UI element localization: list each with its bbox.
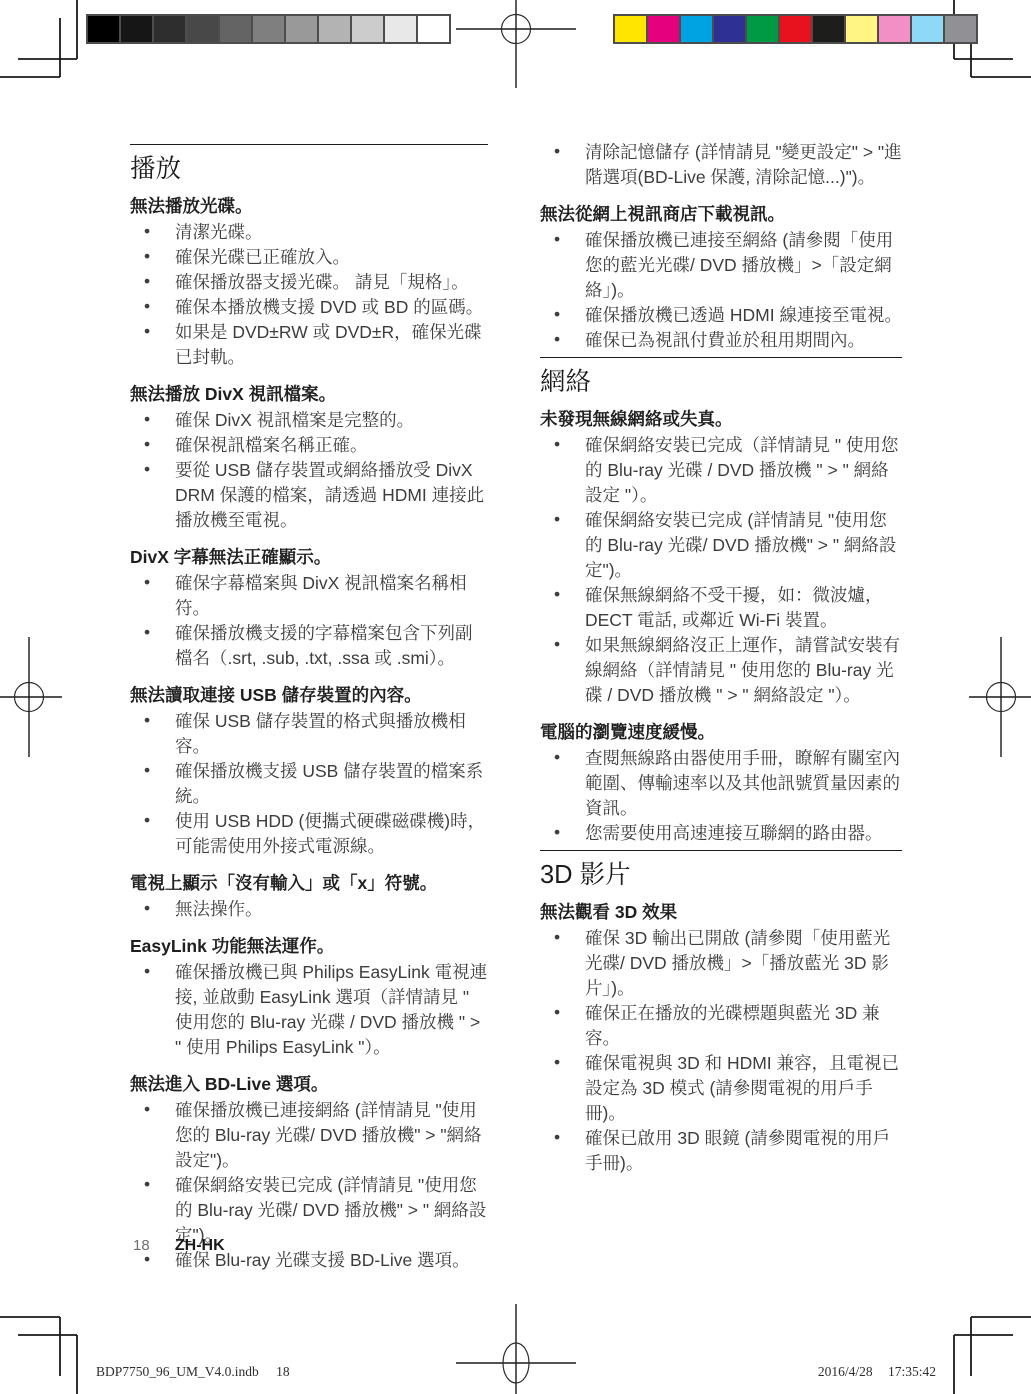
calibration-swatch	[877, 14, 912, 44]
problem-heading: EasyLink 功能無法運作。	[130, 934, 488, 959]
problem-heading: 無法播放 DivX 視訊檔案。	[130, 382, 488, 407]
bullet-marker: •	[554, 1125, 560, 1150]
bullet-marker: •	[144, 407, 150, 432]
problem-heading: 無法播放光碟。	[130, 194, 488, 219]
bullet-text: 確保播放機已與 Philips EasyLink 電視連接, 並啟動 EasyL…	[175, 962, 487, 1057]
bullet-marker: •	[144, 294, 150, 319]
chapter-heading: 網絡	[540, 357, 902, 398]
bullet-marker: •	[554, 302, 560, 327]
bullet-item: •確保 DivX 視訊檔案是完整的。	[130, 408, 488, 433]
calibration-swatch	[350, 14, 385, 44]
bullet-marker: •	[554, 745, 560, 770]
calibration-swatch	[218, 14, 253, 44]
page-footer: 18 ZH-HK	[133, 1237, 225, 1255]
problem-heading: 無法觀看 3D 效果	[540, 900, 902, 925]
slug-date: 2016/4/28	[818, 1364, 873, 1379]
calibration-swatch	[712, 14, 747, 44]
slug-time: 17:35:42	[888, 1364, 936, 1379]
problem-heading: 無法從網上視訊商店下載視訊。	[540, 202, 902, 227]
calibration-swatch	[844, 14, 879, 44]
problem-heading: 無法讀取連接 USB 儲存裝置的內容。	[130, 683, 488, 708]
bullet-text: 確保正在播放的光碟標題與藍光 3D 兼容。	[585, 1003, 880, 1048]
bullet-marker: •	[554, 139, 560, 164]
bullet-marker: •	[144, 620, 150, 645]
bullet-marker: •	[554, 1050, 560, 1075]
bullet-text: 確保電視與 3D 和 HDMI 兼容，且電視已設定為 3D 模式 (請參閱電視的…	[585, 1053, 899, 1123]
bullet-item: •您需要使用高速連接互聯網的路由器。	[540, 821, 902, 846]
bullet-item: •如果無線網絡沒正上運作，請嘗試安裝有線網絡（詳情請見 " 使用您的 Blu-r…	[540, 633, 902, 708]
calibration-swatch	[185, 14, 220, 44]
bullet-item: •確保網絡安裝已完成（詳情請見 " 使用您的 Blu-ray 光碟 / DVD …	[540, 433, 902, 508]
bullet-text: 清潔光碟。	[175, 222, 263, 242]
bullet-item: •確保無線網絡不受干擾，如：微波爐，DECT 電話, 或鄰近 Wi-Fi 裝置。	[540, 583, 902, 633]
bullet-item: •使用 USB HDD (便攜式硬碟磁碟機)時，可能需使用外接式電源線。	[130, 809, 488, 859]
registration-mark-right-center	[939, 637, 1031, 757]
bullet-item: •清除記憶儲存 (詳情請見 "變更設定" > "進階選項(BD-Live 保護,…	[540, 140, 902, 190]
bullet-item: •如果是 DVD±RW 或 DVD±R，確保光碟已封軌。	[130, 320, 488, 370]
calibration-swatch	[317, 14, 352, 44]
bullet-text: 確保播放機已連接至網絡 (請參閱「使用您的藍光光碟/ DVD 播放機」>「設定網…	[585, 230, 893, 300]
bullet-text: 清除記憶儲存 (詳情請見 "變更設定" > "進階選項(BD-Live 保護, …	[585, 142, 902, 187]
bullet-item: •確保電視與 3D 和 HDMI 兼容，且電視已設定為 3D 模式 (請參閱電視…	[540, 1051, 902, 1126]
bullet-text: 如果是 DVD±RW 或 DVD±R，確保光碟已封軌。	[175, 322, 482, 367]
calibration-swatch	[383, 14, 418, 44]
calibration-swatch	[284, 14, 319, 44]
calibration-swatch	[811, 14, 846, 44]
calibration-swatch	[646, 14, 681, 44]
bullet-marker: •	[554, 227, 560, 252]
problem-heading: DivX 字幕無法正確顯示。	[130, 545, 488, 570]
grayscale-calibration-bar	[88, 14, 451, 44]
bullet-text: 確保網絡安裝已完成 (詳情請見 "使用您的 Blu-ray 光碟/ DVD 播放…	[175, 1175, 486, 1245]
bullet-item: •確保 USB 儲存裝置的格式與播放機相容。	[130, 709, 488, 759]
bullet-item: •無法操作。	[130, 897, 488, 922]
bullet-marker: •	[144, 432, 150, 457]
calibration-swatch	[119, 14, 154, 44]
bullet-text: 確保視訊檔案名稱正確。	[175, 435, 368, 455]
bullet-marker: •	[144, 808, 150, 833]
calibration-swatch	[251, 14, 286, 44]
bullet-marker: •	[144, 269, 150, 294]
calibration-swatch	[745, 14, 780, 44]
bullet-marker: •	[144, 708, 150, 733]
trim-mark-bottom-left	[0, 1304, 90, 1394]
calibration-swatch	[679, 14, 714, 44]
registration-mark-top-center	[456, 0, 576, 90]
bullet-text: 確保光碟已正確放入。	[175, 247, 350, 267]
bullet-marker: •	[554, 582, 560, 607]
color-calibration-bar	[615, 14, 978, 44]
manual-page: 播放無法播放光碟。•清潔光碟。•確保光碟已正確放入。•確保播放器支援光碟。 請見…	[0, 0, 1031, 1394]
bullet-text: 確保 DivX 視訊檔案是完整的。	[175, 410, 414, 430]
bullet-marker: •	[144, 570, 150, 595]
calibration-swatch	[943, 14, 978, 44]
trim-mark-bottom-right	[941, 1304, 1031, 1394]
bullet-marker: •	[554, 1000, 560, 1025]
bullet-item: •確保 3D 輸出已開啟 (請參閱「使用藍光光碟/ DVD 播放機」>「播放藍光…	[540, 926, 902, 1001]
bullet-text: 確保播放器支援光碟。 請見「規格」。	[175, 272, 469, 292]
bullet-marker: •	[554, 632, 560, 657]
bullet-text: 查閱無線路由器使用手冊，瞭解有關室內範圍、傳輸速率以及其他訊號質量因素的資訊。	[585, 748, 900, 818]
bullet-text: 確保網絡安裝已完成 (詳情請見 "使用您的 Blu-ray 光碟/ DVD 播放…	[585, 510, 896, 580]
calibration-swatch	[86, 14, 121, 44]
problem-heading: 無法進入 BD-Live 選項。	[130, 1072, 488, 1097]
calibration-swatch	[613, 14, 648, 44]
bullet-marker: •	[554, 432, 560, 457]
bullet-marker: •	[144, 219, 150, 244]
bullet-item: •確保播放器支援光碟。 請見「規格」。	[130, 270, 488, 295]
bullet-item: •確保本播放機支援 DVD 或 BD 的區碼。	[130, 295, 488, 320]
bullet-item: •確保播放機支援 USB 儲存裝置的檔案系統。	[130, 759, 488, 809]
bullet-item: •確保已為視訊付費並於租用期間內。	[540, 328, 902, 353]
chapter-heading: 3D 影片	[540, 850, 902, 891]
bullet-marker: •	[554, 820, 560, 845]
calibration-swatch	[778, 14, 813, 44]
bullet-text: 使用 USB HDD (便攜式硬碟磁碟機)時，可能需使用外接式電源線。	[175, 811, 485, 856]
bullet-text: 如果無線網絡沒正上運作，請嘗試安裝有線網絡（詳情請見 " 使用您的 Blu-ra…	[585, 635, 900, 705]
bullet-text: 確保已啟用 3D 眼鏡 (請參閱電視的用戶手冊)。	[585, 1128, 890, 1173]
bullet-text: 確保播放機支援 USB 儲存裝置的檔案系統。	[175, 761, 483, 806]
bullet-text: 您需要使用高速連接互聯網的路由器。	[585, 823, 883, 843]
bullet-marker: •	[144, 896, 150, 921]
problem-heading: 未發現無線網絡或失真。	[540, 407, 902, 432]
bullet-item: •查閱無線路由器使用手冊，瞭解有關室內範圍、傳輸速率以及其他訊號質量因素的資訊。	[540, 746, 902, 821]
bullet-marker: •	[144, 1172, 150, 1197]
locale-code: ZH-HK	[175, 1237, 225, 1254]
calibration-swatch	[152, 14, 187, 44]
slug-filename-group: BDP7750_96_UM_V4.0.indb 18	[96, 1364, 290, 1380]
bullet-text: 確保播放機已透過 HDMI 線連接至電視。	[585, 305, 902, 325]
bullet-item: •確保播放機已連接網絡 (詳情請見 "使用您的 Blu-ray 光碟/ DVD …	[130, 1098, 488, 1173]
bullet-marker: •	[144, 1097, 150, 1122]
bullet-text: 要從 USB 儲存裝置或網絡播放受 DivX DRM 保護的檔案，請透過 HDM…	[175, 460, 484, 530]
bullet-marker: •	[554, 507, 560, 532]
bullet-marker: •	[144, 959, 150, 984]
right-text-column: •清除記憶儲存 (詳情請見 "變更設定" > "進階選項(BD-Live 保護,…	[540, 140, 902, 1176]
bullet-marker: •	[144, 244, 150, 269]
bullet-marker: •	[144, 758, 150, 783]
bullet-marker: •	[144, 319, 150, 344]
bullet-marker: •	[144, 457, 150, 482]
bullet-item: •確保正在播放的光碟標題與藍光 3D 兼容。	[540, 1001, 902, 1051]
bullet-marker: •	[554, 327, 560, 352]
bullet-marker: •	[554, 925, 560, 950]
calibration-swatch	[416, 14, 451, 44]
trim-mark-top-left	[0, 0, 90, 90]
slug-filename: BDP7750_96_UM_V4.0.indb	[96, 1364, 259, 1379]
problem-heading: 電視上顯示「沒有輸入」或「x」符號。	[130, 871, 488, 896]
slug-datetime-group: 2016/4/28 17:35:42	[818, 1364, 936, 1380]
bullet-item: •確保播放機已與 Philips EasyLink 電視連接, 並啟動 Easy…	[130, 960, 488, 1060]
bullet-text: 確保網絡安裝已完成（詳情請見 " 使用您的 Blu-ray 光碟 / DVD 播…	[585, 435, 898, 505]
bullet-item: •要從 USB 儲存裝置或網絡播放受 DivX DRM 保護的檔案，請透過 HD…	[130, 458, 488, 533]
registration-mark-left-center	[0, 637, 92, 757]
bullet-text: 確保字幕檔案與 DivX 視訊檔案名稱相符。	[175, 573, 467, 618]
bullet-text: 確保播放機已連接網絡 (詳情請見 "使用您的 Blu-ray 光碟/ DVD 播…	[175, 1100, 482, 1170]
bullet-text: 確保 USB 儲存裝置的格式與播放機相容。	[175, 711, 466, 756]
bullet-text: 無法操作。	[175, 899, 263, 919]
chapter-heading: 播放	[130, 144, 488, 185]
bullet-text: 確保播放機支援的字幕檔案包含下列副檔名（.srt, .sub, .txt, .s…	[175, 623, 473, 668]
bullet-item: •確保網絡安裝已完成 (詳情請見 "使用您的 Blu-ray 光碟/ DVD 播…	[540, 508, 902, 583]
bullet-item: •確保播放機支援的字幕檔案包含下列副檔名（.srt, .sub, .txt, .…	[130, 621, 488, 671]
page-number: 18	[133, 1237, 150, 1254]
slug-page: 18	[276, 1364, 290, 1379]
calibration-swatch	[910, 14, 945, 44]
bullet-item: •確保光碟已正確放入。	[130, 245, 488, 270]
registration-mark-bottom-center	[456, 1304, 576, 1394]
bullet-item: •確保已啟用 3D 眼鏡 (請參閱電視的用戶手冊)。	[540, 1126, 902, 1176]
left-text-column: 播放無法播放光碟。•清潔光碟。•確保光碟已正確放入。•確保播放器支援光碟。 請見…	[130, 140, 488, 1273]
bullet-text: 確保 3D 輸出已開啟 (請參閱「使用藍光光碟/ DVD 播放機」>「播放藍光 …	[585, 928, 890, 998]
bullet-item: •確保字幕檔案與 DivX 視訊檔案名稱相符。	[130, 571, 488, 621]
bullet-item: •確保播放機已連接至網絡 (請參閱「使用您的藍光光碟/ DVD 播放機」>「設定…	[540, 228, 902, 303]
bullet-item: •確保視訊檔案名稱正確。	[130, 433, 488, 458]
bullet-text: 確保已為視訊付費並於租用期間內。	[585, 330, 865, 350]
bullet-item: •確保播放機已透過 HDMI 線連接至電視。	[540, 303, 902, 328]
problem-heading: 電腦的瀏覽速度緩慢。	[540, 720, 902, 745]
bullet-text: 確保無線網絡不受干擾，如：微波爐，DECT 電話, 或鄰近 Wi-Fi 裝置。	[585, 585, 883, 630]
bullet-item: •清潔光碟。	[130, 220, 488, 245]
bullet-text: 確保本播放機支援 DVD 或 BD 的區碼。	[175, 297, 483, 317]
